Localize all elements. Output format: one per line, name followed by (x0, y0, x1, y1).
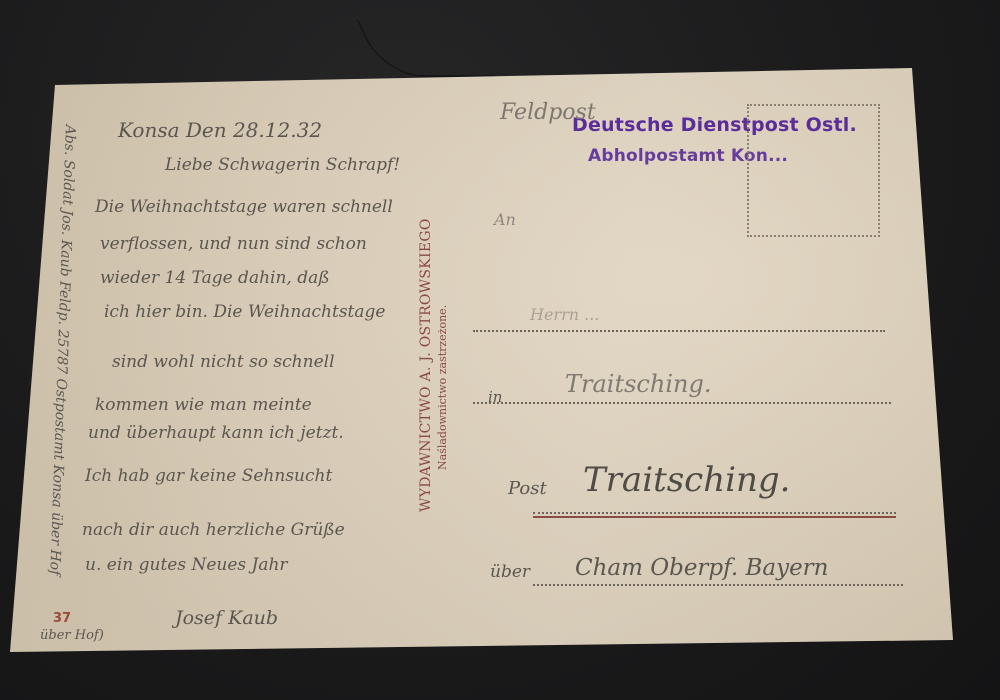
letter-salutation: Liebe Schwagerin Schrapf! (165, 155, 400, 175)
address-line-4 (533, 584, 903, 586)
letter-line: sind wohl nicht so schnell (112, 352, 335, 372)
address-line-1 (473, 330, 885, 332)
post-label: Post (508, 478, 547, 499)
letter-line: Die Weihnachtstage waren schnell (95, 197, 393, 217)
address-line-2 (473, 402, 891, 404)
margin-note-bottom: über Hof) (40, 628, 104, 643)
address-line-3 (533, 512, 896, 514)
letter-signature: Josef Kaub (175, 607, 278, 629)
postcard: Deutsche Dienstpost Ostl. Abholpostamt K… (0, 0, 1000, 700)
an-label: An (494, 210, 516, 229)
publisher-imprint: WYDAWNICTWO A. J. OSTROWSKIEGO (418, 218, 434, 512)
address-underline-red (533, 516, 896, 518)
letter-line: u. ein gutes Neues Jahr (85, 555, 288, 575)
post-city: Traitsching. (583, 460, 790, 500)
letter-line: verflossen, und nun sind schon (100, 234, 367, 254)
card-number: 37 (53, 611, 71, 626)
letter-line: nach dir auch herzliche Grüße (82, 520, 345, 540)
letter-line: ich hier bin. Die Weihnachtstage (104, 302, 385, 322)
letter-line: kommen wie man meinte (95, 395, 312, 415)
feldpost-label: Feldpost (500, 100, 596, 125)
letter-line: Ich hab gar keine Sehnsucht (85, 466, 332, 486)
stamp-placement-box (747, 104, 880, 237)
publisher-notice: Naśladownictwo zastrzeżone. (436, 305, 449, 470)
via-text: Cham Oberpf. Bayern (575, 555, 829, 581)
letter-line: wieder 14 Tage dahin, daß (100, 268, 330, 288)
recipient-city: Traitsching. (565, 370, 711, 398)
via-label: über (490, 562, 530, 582)
letter-line: und überhaupt kann ich jetzt. (88, 423, 344, 443)
recipient-name: Herrn ... (530, 305, 599, 324)
letter-heading: Konsa Den 28.12.32 (118, 118, 322, 142)
